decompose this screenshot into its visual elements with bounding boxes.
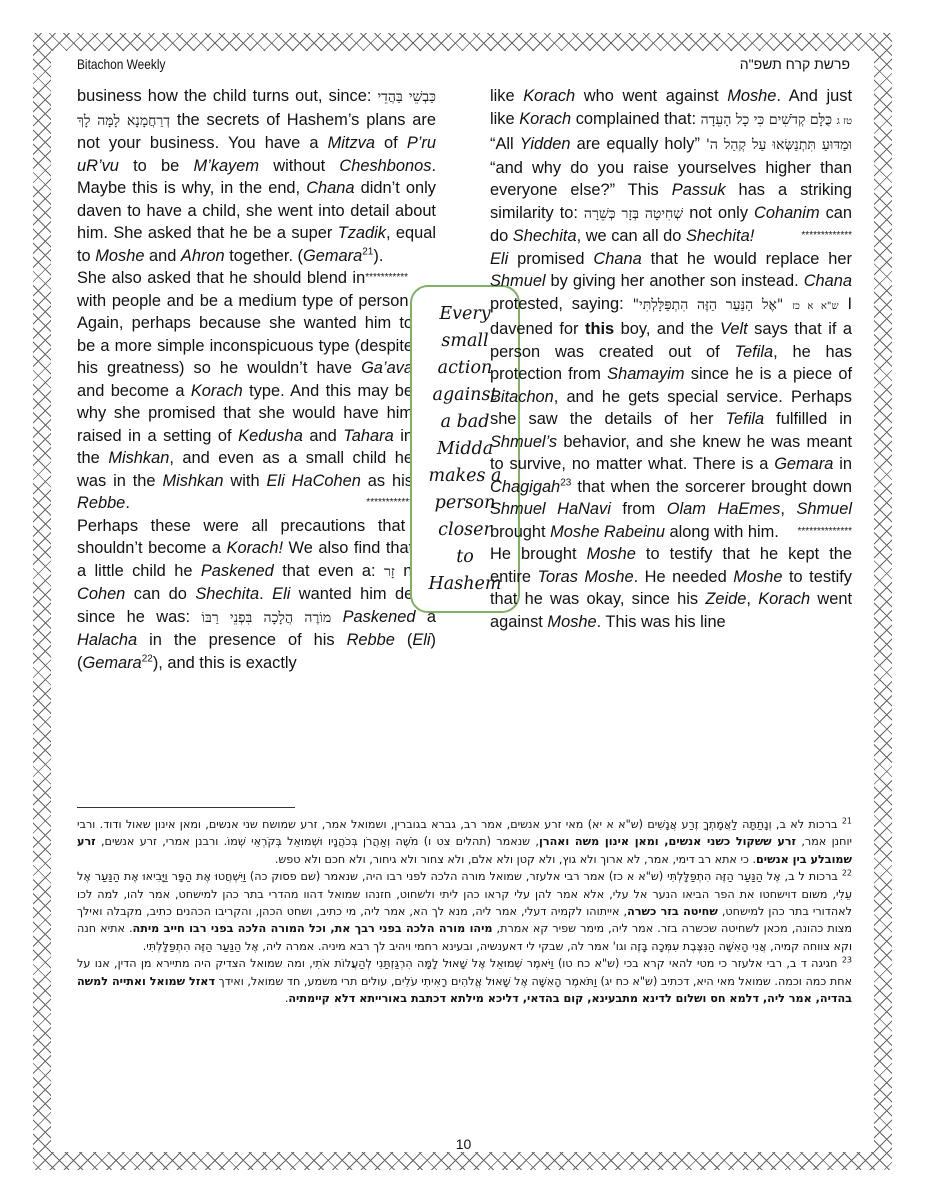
hebrew-quote: מוֹרֶה הֲלָכָה בִּפְנֵי רַבּוֹ	[201, 610, 331, 626]
hebrew-quote: כִּי כָל הָעֵדָה	[701, 112, 765, 128]
publication-title: Bitachon Weekly	[77, 56, 165, 72]
footnote-number: 23	[842, 956, 852, 965]
paragraph: like Korach who went against Moshe. And …	[490, 85, 852, 248]
hebrew-quote: בַּהֲדֵי	[378, 89, 403, 105]
footnote-number: 22	[842, 868, 852, 877]
parsha-title: פרשת קרח תשפ"ה	[740, 56, 850, 72]
pull-quote-line: against	[433, 382, 498, 409]
footnote-ref[interactable]: 22	[142, 653, 153, 664]
pull-quote-line: person	[435, 490, 496, 517]
left-column: business how the child turns out, since:…	[77, 85, 436, 674]
section-divider: *************	[801, 225, 852, 248]
pull-quote-line: small	[441, 328, 488, 355]
pull-quote-line: Every	[439, 301, 490, 328]
hebrew-quote: כֻּלָּם קְדֹשִׁים	[769, 112, 832, 128]
section-divider: **************	[798, 521, 852, 544]
pull-quote-line: closer	[438, 517, 492, 544]
hebrew-quote: שְׁחִיטָה בְּזָר כְּשֵׁרָה	[584, 206, 683, 222]
verse-reference: ש"א א כז	[792, 301, 838, 312]
paragraph: Eli promised Chana that he would replace…	[490, 248, 852, 544]
section-divider: ***********	[365, 267, 408, 290]
footnote: 22 ברכות ל ב, אֶל הַנַּעַר הַזֶּה הִתְפַ…	[77, 868, 852, 955]
footnote-ref[interactable]: 23	[560, 477, 571, 488]
footnote: 21 ברכות לא ב, וְנָתַתָּה לַאֲמָתְךָ זֶר…	[77, 816, 852, 868]
footnote-ref[interactable]: 21	[362, 246, 373, 257]
hebrew-quote: "אֶל הַנַּעַר הַזֶּה הִתְפַּלָּלְתִּי"	[633, 297, 784, 313]
verse-reference: טז ג	[837, 116, 852, 127]
hebrew-quote: זָר	[384, 564, 395, 580]
footnote-separator	[77, 807, 295, 808]
paragraph: business how the child turns out, since:…	[77, 85, 436, 267]
footnote-number: 21	[842, 816, 852, 825]
section-divider: ************	[366, 492, 413, 515]
pull-quote-line: action	[438, 355, 493, 382]
page-header: Bitachon Weekly פרשת קרח תשפ"ה	[77, 56, 850, 76]
pull-quote-line: to	[456, 544, 474, 571]
paragraph: He brought Moshe to testify that he kept…	[490, 543, 852, 633]
hebrew-quote: וּמַדּוּעַ תִּתְנַשְּׂאוּ עַל קְהַל ה'	[706, 137, 852, 153]
footnote: 23 חגיגה ד ב, רבי אלעזר כי מטי להאי קרא …	[77, 955, 852, 1007]
paragraph: She also asked that he should blend in w…	[77, 267, 413, 515]
pull-quote-line: a bad	[441, 409, 490, 436]
footnotes: 21 ברכות לא ב, וְנָתַתָּה לַאֲמָתְךָ זֶר…	[77, 816, 852, 1007]
right-column: like Korach who went against Moshe. And …	[490, 85, 852, 633]
pull-quote-line: Midda	[437, 436, 493, 463]
paragraph: Perhaps these were all precautions that …	[77, 515, 436, 675]
page-number: 10	[0, 1136, 927, 1152]
